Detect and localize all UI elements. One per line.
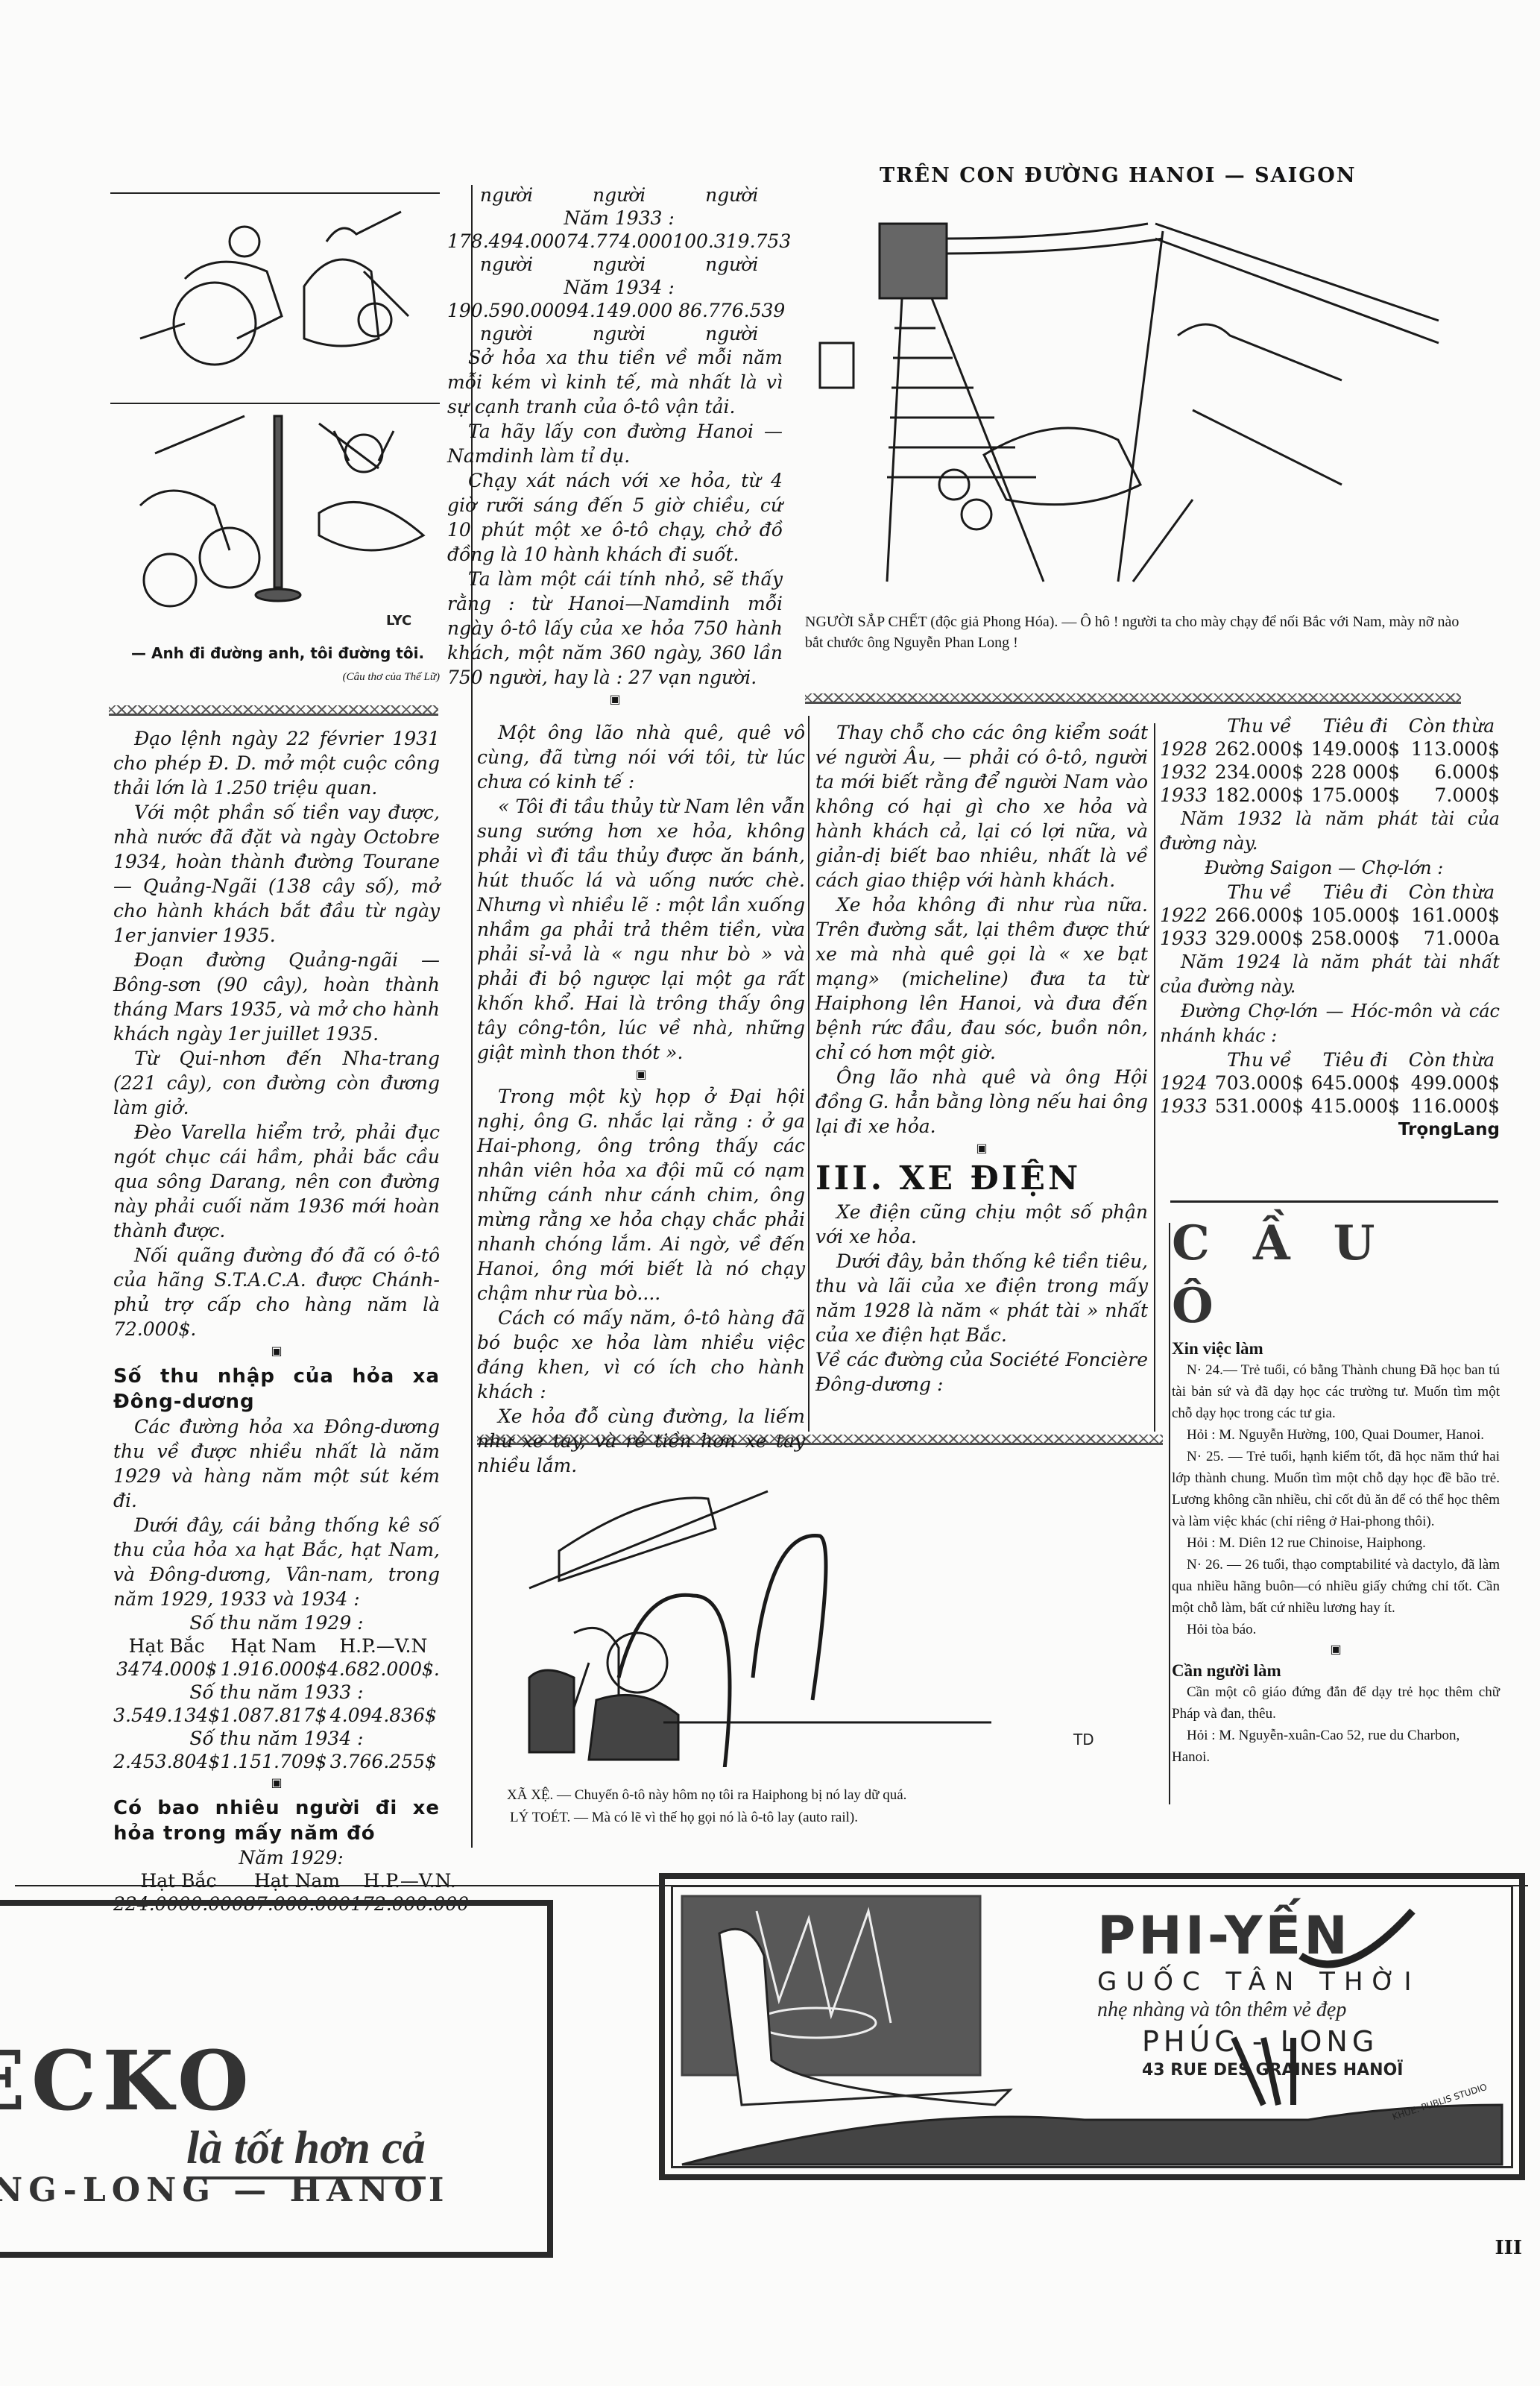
ad-brand: ECKO: [0, 2033, 255, 2129]
classified-ad: N· 26. — 26 tuổi, thạo comptabilité và d…: [1172, 1554, 1500, 1619]
paragraph: Sở hỏa xa thu tiền về mỗi năm mỗi kém vì…: [447, 345, 783, 419]
section-heading: III. XE ĐIỆN: [815, 1158, 1148, 1200]
classified-ad: Cần một cô giáo đứng đắn để dạy trẻ học …: [1172, 1681, 1500, 1725]
classified-contact: Hỏi : M. Nguyễn Hường, 100, Quai Doumer,…: [1172, 1424, 1500, 1446]
route-label: Đường Saigon — Chợ-lớn :: [1160, 856, 1500, 881]
paragraph: Dưới đây, bản thống kê tiền tiêu, thu và…: [815, 1249, 1148, 1347]
column-header: Thu về: [1211, 881, 1307, 904]
column-header: Còn thừa: [1404, 1048, 1500, 1071]
paragraph: « Tôi đi tầu thủy từ Nam lên vẫn sung sư…: [477, 794, 805, 1065]
ornament-icon: ▣: [113, 1773, 440, 1792]
paragraph: Ta hãy lấy con đường Hanoi — Namdinh làm…: [447, 419, 783, 468]
table-row: 1933182.000$175.000$7.000$: [1160, 784, 1500, 807]
ornament-icon: ▣: [113, 1341, 440, 1361]
column-divider: [808, 716, 810, 1432]
column-header: Hạt Nam: [244, 1869, 350, 1892]
section-heading: Có bao nhiêu người đi xe hỏa trong mấy n…: [113, 1795, 440, 1846]
column-divider: [1169, 1223, 1170, 1804]
table-row: 1924703.000$645.000$499.000$: [1160, 1071, 1500, 1095]
column-header: Tiêu đi: [1307, 881, 1404, 904]
year-label: Năm 1933 :: [447, 207, 791, 230]
section-divider: [1170, 1200, 1498, 1203]
tram-table-3: Thu vềTiêu điCòn thừa 1924703.000$645.00…: [1160, 1048, 1500, 1118]
woman-swallow-illustration: [667, 1881, 1517, 2172]
cartoon-caption-line1: XÃ XỆ. — Chuyến ô-tô này hôm nọ tôi ra H…: [507, 1785, 906, 1806]
paragraph: Một ông lão nhà quê, quê vô cùng, đã từn…: [477, 720, 805, 794]
paragraph: Chạy xát nách với xe hỏa, từ 4 giờ rưỡi …: [447, 468, 783, 567]
column-3-body: Thay chỗ cho các ông kiểm soát vé người …: [815, 720, 1148, 1397]
crash-illustration: LYC: [110, 409, 440, 632]
paragraph: Về các đường của Société Foncière Đông-d…: [815, 1347, 1148, 1397]
paragraph: Năm 1932 là năm phát tài của đường này.: [1160, 807, 1500, 856]
column-header: Còn thừa: [1404, 881, 1500, 904]
svg-text:TD: TD: [1073, 1731, 1094, 1748]
paragraph: Đèo Varella hiểm trở, phải đục ngót chục…: [113, 1120, 440, 1243]
ad-shop: PHÚC - LONG: [1142, 2025, 1378, 2058]
cartoon-caption: — Anh đi đường anh, tôi đường tôi.: [131, 643, 440, 664]
column-header: Hạt Bắc: [113, 1869, 244, 1892]
classifieds: CẦU Ô Xin việc làm N· 24.— Trẻ tuổi, có …: [1172, 1212, 1500, 1768]
table-row: 1932234.000$228 000$6.000$: [1160, 761, 1500, 784]
ad-product: GUỐC TÂN THỜI: [1097, 1967, 1421, 1997]
ornamental-divider: [109, 705, 438, 716]
cartoon-caption: NGƯỜI SẮP CHẾT (độc giả Phong Hóa). — Ô …: [805, 611, 1476, 653]
classified-contact: Hỏi tòa báo.: [1172, 1619, 1500, 1640]
bridge-train-illustration: TD: [477, 1454, 1163, 1767]
column-header: H.P.—V.N.: [350, 1869, 469, 1892]
paragraph: Xe điện cũng chịu một số phận với xe hỏa…: [815, 1200, 1148, 1249]
motorcycle-sidecar-illustration: [110, 197, 440, 398]
ornament-icon: ▣: [477, 1065, 805, 1084]
page-number: III: [1495, 2237, 1523, 2259]
ornament-icon: ▣: [1172, 1640, 1500, 1660]
table-row: 1922266.000$105.000$161.000$: [1160, 904, 1500, 927]
svg-text:LYC: LYC: [386, 613, 411, 629]
section-heading: Xin việc làm: [1172, 1338, 1500, 1359]
cartoon-motorcycle: LYC — Anh đi đường anh, tôi đường tôi. (…: [110, 192, 440, 670]
tram-table-1: Thu vềTiêu điCòn thừa 1928262.000$149.00…: [1160, 714, 1500, 807]
classified-ad: N· 24.— Trẻ tuổi, có bằng Thành chung Đã…: [1172, 1359, 1500, 1424]
cartoon-railway: TRÊN CON ĐƯỜNG HANOI — SAIGON NGƯỜI SẮP …: [805, 157, 1476, 664]
classifieds-title: CẦU Ô: [1172, 1212, 1500, 1338]
column-1-body: Đạo lệnh ngày 22 février 1931 cho phép Đ…: [113, 726, 440, 1916]
unit-row: ngườingườingười: [447, 183, 791, 207]
ornamental-divider: [805, 693, 1461, 704]
revenue-table: Số thu năm 1929 : Hạt Bắc Hạt Nam H.P.—V…: [113, 1611, 440, 1773]
paragraph: Năm 1924 là năm phát tài nhất của đường …: [1160, 950, 1500, 999]
paragraph: Đạo lệnh ngày 22 février 1931 cho phép Đ…: [113, 726, 440, 800]
paragraph: Đoạn đường Quảng-ngãi — Bông-sơn (90 cây…: [113, 948, 440, 1046]
value-row: 190.590.00094.149.00086.776.539: [447, 299, 791, 322]
paragraph: Xe hỏa không đi như rùa nữa. Trên đường …: [815, 893, 1148, 1065]
cartoon-autorail: TD XÃ XỆ. — Chuyến ô-tô này hôm nọ tôi r…: [477, 1454, 1163, 1849]
table-row: 1933329.000$258.000$71.000a: [1160, 927, 1500, 950]
column-4-body: Thu vềTiêu điCòn thừa 1928262.000$149.00…: [1160, 714, 1500, 1142]
column-2-body: Một ông lão nhà quê, quê vô cùng, đã từn…: [477, 720, 805, 1478]
cartoon-title: TRÊN CON ĐƯỜNG HANOI — SAIGON: [880, 164, 1357, 187]
paragraph: Cách có mấy năm, ô-tô hàng đã bó buộc xe…: [477, 1306, 805, 1404]
classified-contact: Hỏi : M. Diên 12 rue Chinoise, Haiphong.: [1172, 1532, 1500, 1554]
paragraph: Các đường hỏa xa Đông-dương thu về được …: [113, 1414, 440, 1513]
column-header: Hạt Nam: [220, 1634, 326, 1658]
section-heading: Cần người làm: [1172, 1660, 1500, 1681]
cartoon-subcaption: (Câu thơ của Thế Lữ): [343, 667, 440, 687]
classified-contact: Hỏi : M. Nguyễn-xuân-Cao 52, rue du Char…: [1172, 1725, 1500, 1768]
advertisement-phi-yen: PHI-YẾN GUỐC TÂN THỜI nhẹ nhàng và tôn t…: [659, 1873, 1525, 2180]
route-label: Đường Chợ-lớn — Hóc-môn và các nhánh khá…: [1160, 999, 1500, 1048]
train-track-illustration: [805, 201, 1476, 589]
advertisement-ecko: ECKO là tốt hơn cả NG-LONG — HANOI: [0, 1900, 553, 2258]
paragraph: Dưới đây, cái bảng thống kê số thu của h…: [113, 1513, 440, 1611]
column-header: Hạt Bắc: [113, 1634, 220, 1658]
ad-location: NG-LONG — HANOI: [0, 2174, 449, 2207]
author-byline: TrọngLang: [1160, 1118, 1500, 1142]
paragraph: Với một phần số tiền vay được, nhà nước …: [113, 800, 440, 948]
table-row: 1933531.000$415.000$116.000$: [1160, 1095, 1500, 1118]
paragraph: Nối quãng đường đó đã có ô-tô của hãng S…: [113, 1243, 440, 1341]
column-header: Thu về: [1211, 1048, 1307, 1071]
column-divider: [1154, 723, 1155, 1432]
ad-address: 43 RUE DES GRAINES HANOÏ: [1142, 2061, 1403, 2080]
table-row: 1928262.000$149.000$113.000$: [1160, 737, 1500, 761]
paragraph: Thay chỗ cho các ông kiểm soát vé người …: [815, 720, 1148, 893]
column-header: Tiêu đi: [1307, 1048, 1404, 1071]
column-header: Tiêu đi: [1307, 714, 1404, 737]
year-label: Năm 1934 :: [447, 276, 791, 299]
paragraph: Ông lão nhà quê và ông Hội đồng G. hẳn b…: [815, 1065, 1148, 1139]
cartoon-caption-line2: LÝ TOÉT. — Mà có lẽ vì thế họ gọi nó là …: [510, 1807, 858, 1828]
ad-tagline: nhẹ nhàng và tôn thêm vẻ đẹp: [1097, 1998, 1346, 2022]
column-header: H.P.—V.N: [327, 1634, 440, 1658]
ornament-icon: ▣: [447, 690, 783, 709]
column-header: Còn thừa: [1404, 714, 1500, 737]
paragraph: Ta làm một cái tính nhỏ, sẽ thấy rằng : …: [447, 567, 783, 690]
ornament-icon: ▣: [815, 1139, 1148, 1158]
column-2-top: ngườingườingười Năm 1933 : 178.494.00074…: [447, 183, 783, 709]
paragraph: Từ Qui-nhơn đến Nha-trang (221 cây), con…: [113, 1046, 440, 1120]
section-heading: Số thu nhập của hỏa xa Đông-dương: [113, 1364, 440, 1414]
column-header: Thu về: [1211, 714, 1307, 737]
value-row: 178.494.00074.774.000100.319.753: [447, 230, 791, 253]
tram-table-2: Thu vềTiêu điCòn thừa 1922266.000$105.00…: [1160, 881, 1500, 950]
classified-ad: N· 25. — Trẻ tuổi, hạnh kiểm tốt, đã học…: [1172, 1446, 1500, 1532]
paragraph: Trong một kỳ họp ở Đại hội nghị, ông G. …: [477, 1084, 805, 1306]
ad-brand: PHI-YẾN: [1097, 1907, 1351, 1964]
